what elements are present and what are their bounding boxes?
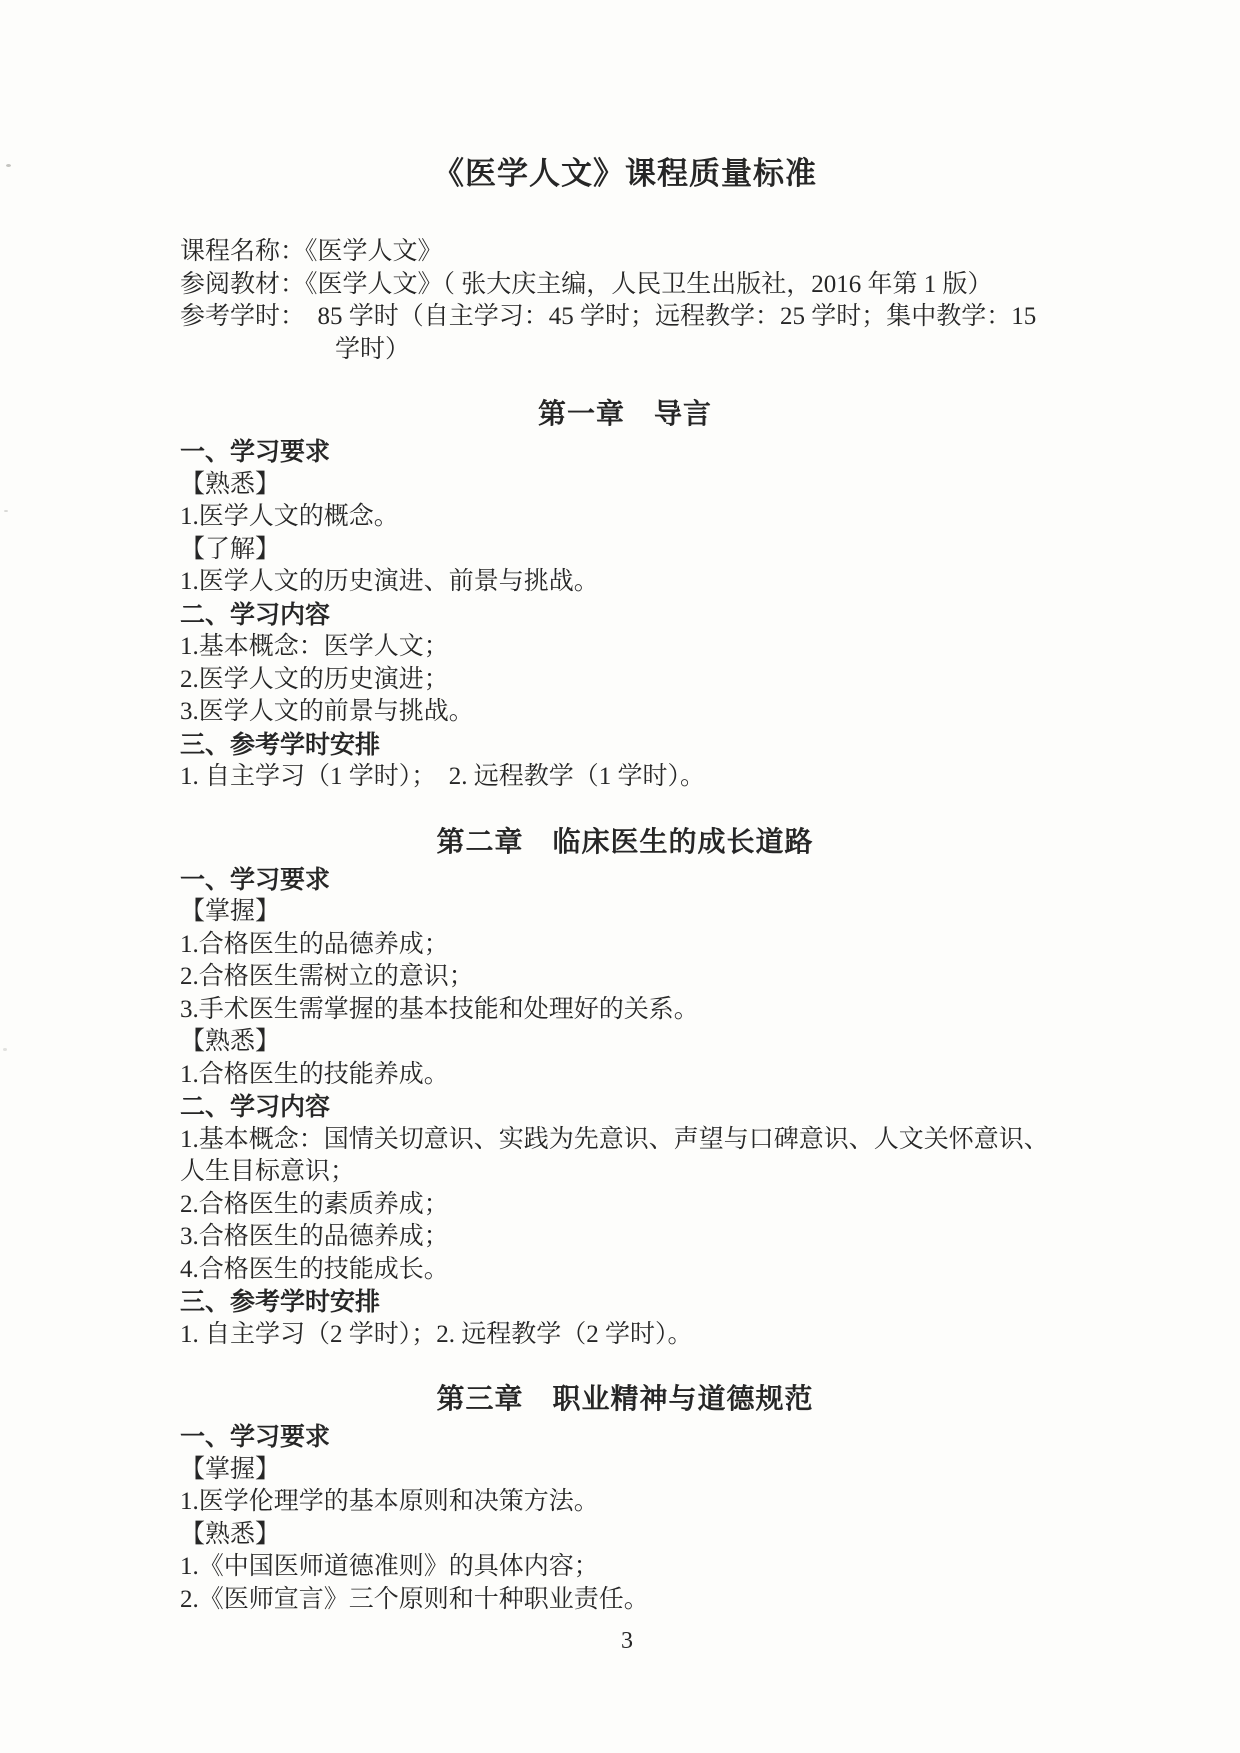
content-line: 1.《中国医师道德准则》的具体内容； xyxy=(180,1551,1070,1584)
chapter-section: 第三章 职业精神与道德规范一、学习要求【掌握】1.医学伦理学的基本原则和决策方法… xyxy=(180,1379,1070,1616)
section-label: 二、学习内容 xyxy=(180,1091,1070,1124)
content-line: 2.医学人文的历史演进； xyxy=(180,664,1070,697)
scan-speck xyxy=(6,164,11,167)
content-line: 3.合格医生的品德养成； xyxy=(180,1221,1070,1254)
content-line: 1.医学人文的概念。 xyxy=(180,501,1070,534)
content-line: 1.合格医生的品德养成； xyxy=(180,929,1070,962)
course-meta-block: 课程名称：《医学人文》参阅教材：《医学人文》（ 张大庆主编，人民卫生出版社，20… xyxy=(180,236,1070,366)
content-line: 2.《医师宣言》三个原则和十种职业责任。 xyxy=(180,1584,1070,1617)
meta-line: 参阅教材：《医学人文》（ 张大庆主编，人民卫生出版社，2016 年第 1 版） xyxy=(180,269,1070,302)
chapter-heading: 第二章 临床医生的成长道路 xyxy=(180,822,1070,862)
chapter-heading: 第三章 职业精神与道德规范 xyxy=(180,1379,1070,1419)
content-line: 人生目标意识； xyxy=(180,1156,1070,1189)
content-line: 3.手术医生需掌握的基本技能和处理好的关系。 xyxy=(180,994,1070,1027)
content-line: 【掌握】 xyxy=(180,896,1070,929)
content-line: 1. 自主学习（1 学时）； 2. 远程教学（1 学时）。 xyxy=(180,761,1070,794)
meta-line: 参考学时： 85 学时（自主学习：45 学时；远程教学：25 学时；集中教学：1… xyxy=(180,301,1070,334)
content-line: 2.合格医生的素质养成； xyxy=(180,1189,1070,1222)
scan-speck xyxy=(3,1048,7,1051)
section-label: 三、参考学时安排 xyxy=(180,1286,1070,1319)
content-line: 【熟悉】 xyxy=(180,1519,1070,1552)
content-line: 【熟悉】 xyxy=(180,1026,1070,1059)
content-line: 4.合格医生的技能成长。 xyxy=(180,1254,1070,1287)
content-line: 【了解】 xyxy=(180,534,1070,567)
meta-line: 课程名称：《医学人文》 xyxy=(180,236,1070,269)
content-line: 2.合格医生需树立的意识； xyxy=(180,961,1070,994)
chapter-heading: 第一章 导言 xyxy=(180,394,1070,434)
content-line: 1. 自主学习（2 学时）；2. 远程教学（2 学时）。 xyxy=(180,1319,1070,1352)
chapters: 第一章 导言一、学习要求【熟悉】1.医学人文的概念。【了解】1.医学人文的历史演… xyxy=(180,394,1070,1616)
meta-line: 学时） xyxy=(180,334,1070,367)
section-label: 一、学习要求 xyxy=(180,864,1070,897)
content-line: 3.医学人文的前景与挑战。 xyxy=(180,696,1070,729)
content-line: 【熟悉】 xyxy=(180,469,1070,502)
scanned-document-page: 《医学人文》课程质量标准 课程名称：《医学人文》参阅教材：《医学人文》（ 张大庆… xyxy=(0,0,1240,1753)
content-line: 【掌握】 xyxy=(180,1454,1070,1487)
document-content: 《医学人文》课程质量标准 课程名称：《医学人文》参阅教材：《医学人文》（ 张大庆… xyxy=(180,0,1070,1616)
document-title: 《医学人文》课程质量标准 xyxy=(180,153,1070,195)
section-label: 一、学习要求 xyxy=(180,1421,1070,1454)
content-line: 1.医学人文的历史演进、前景与挑战。 xyxy=(180,566,1070,599)
page-number: 3 xyxy=(0,1627,1240,1655)
section-label: 三、参考学时安排 xyxy=(180,729,1070,762)
chapter-section: 第二章 临床医生的成长道路一、学习要求【掌握】1.合格医生的品德养成；2.合格医… xyxy=(180,822,1070,1352)
section-label: 一、学习要求 xyxy=(180,436,1070,469)
chapter-section: 第一章 导言一、学习要求【熟悉】1.医学人文的概念。【了解】1.医学人文的历史演… xyxy=(180,394,1070,794)
scan-speck xyxy=(4,510,8,512)
content-line: 1.医学伦理学的基本原则和决策方法。 xyxy=(180,1486,1070,1519)
section-label: 二、学习内容 xyxy=(180,599,1070,632)
content-line: 1.合格医生的技能养成。 xyxy=(180,1059,1070,1092)
content-line: 1.基本概念：国情关切意识、实践为先意识、声望与口碑意识、人文关怀意识、 xyxy=(180,1124,1070,1157)
content-line: 1.基本概念：医学人文； xyxy=(180,631,1070,664)
